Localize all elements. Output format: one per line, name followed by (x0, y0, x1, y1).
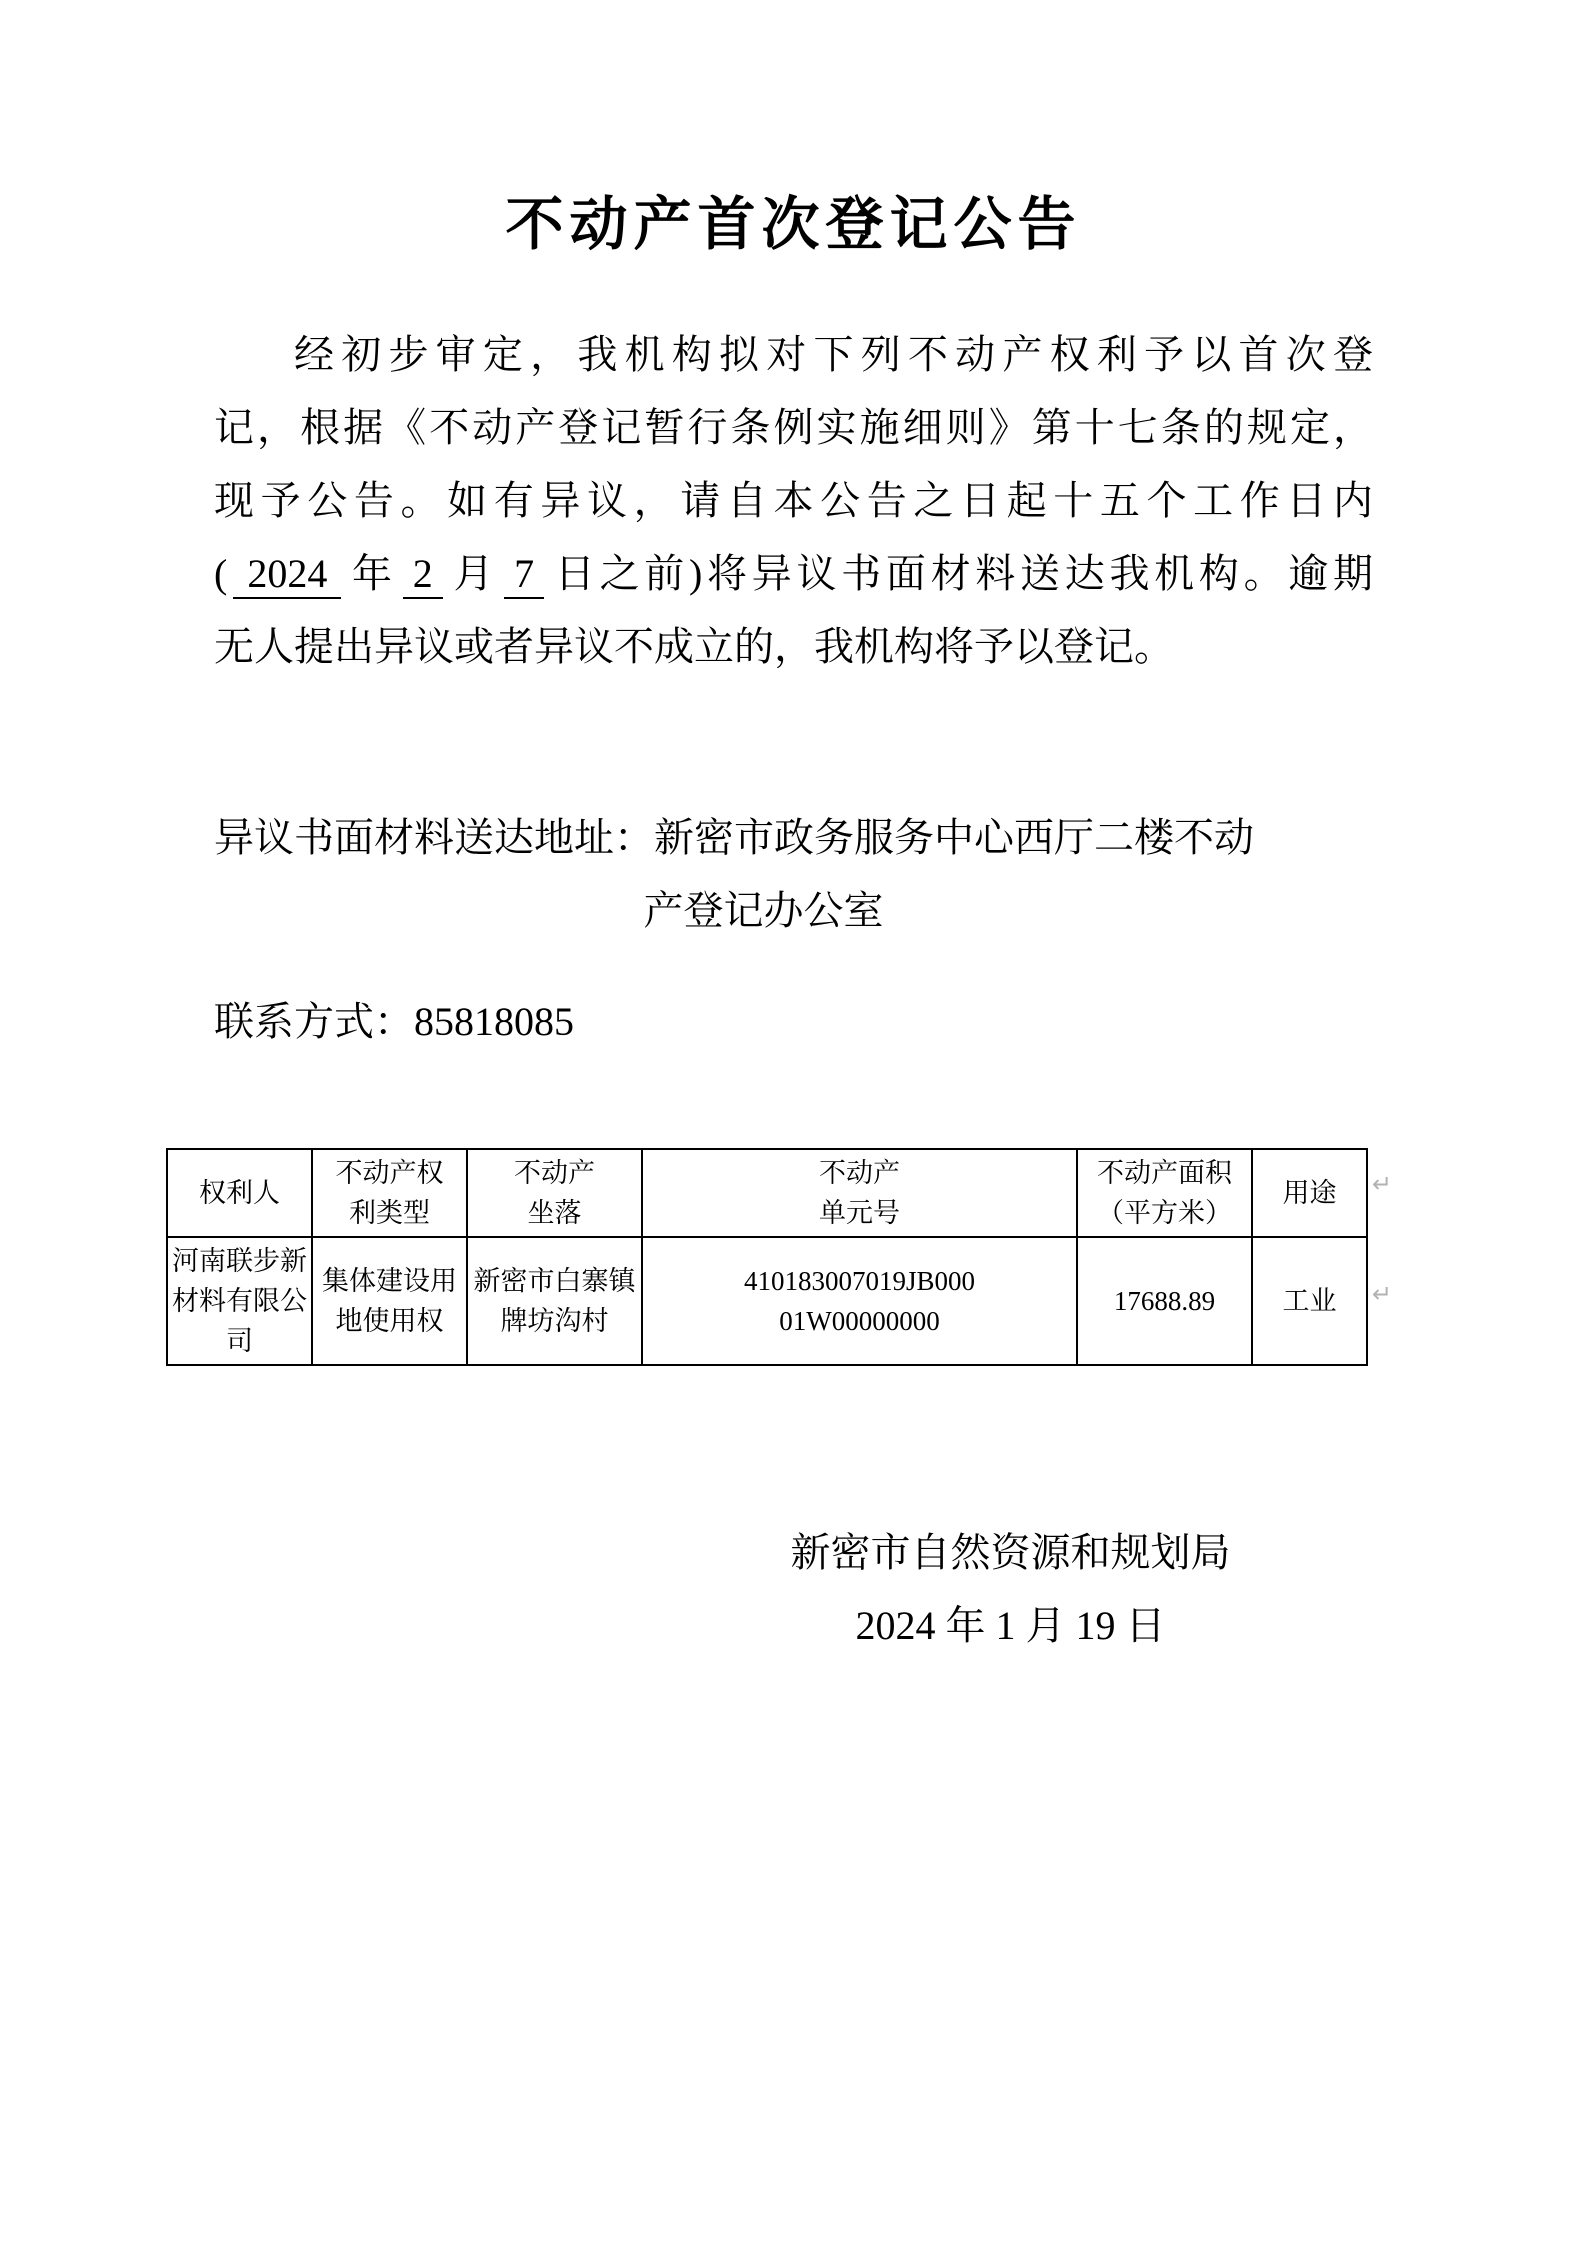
body-line-1: 经初步审定，我机构拟对下列不动产权利予以首次登 (214, 318, 1373, 391)
signature-block: 新密市自然资源和规划局 2024 年 1 月 19 日 (214, 1516, 1373, 1662)
body-line-4-rest: 日之前)将异议书面材料送达我机构。逾期 (550, 551, 1373, 596)
cell-right-type: 集体建设用 地使用权 (312, 1237, 467, 1365)
issuing-authority: 新密市自然资源和规划局 (648, 1516, 1373, 1589)
body-line-3: 现予公告。如有异议，请自本公告之日起十五个工作日内 (214, 464, 1373, 537)
cell-area: 17688.89 (1077, 1237, 1252, 1365)
body-line-4: (2024年2月7日之前)将异议书面材料送达我机构。逾期 (214, 537, 1373, 610)
issue-date: 2024 年 1 月 19 日 (648, 1589, 1373, 1662)
page-content: 不动产首次登记公告 经初步审定，我机构拟对下列不动产权利予以首次登 记，根据《不… (0, 190, 1587, 1662)
open-paren: ( (214, 551, 227, 596)
address-line-1: 异议书面材料送达地址：新密市政务服务中心西厅二楼不动 (214, 801, 1373, 874)
body-line-2: 记，根据《不动产登记暂行条例实施细则》第十七条的规定， (214, 391, 1373, 464)
year-label: 年 (347, 551, 396, 596)
contact-line: 联系方式：85818085 (214, 985, 1373, 1058)
header-unit-number: 不动产 单元号 (642, 1149, 1077, 1237)
body-paragraph: 经初步审定，我机构拟对下列不动产权利予以首次登 记，根据《不动产登记暂行条例实施… (214, 318, 1373, 683)
body-line-5: 无人提出异议或者异议不成立的，我机构将予以登记。 (214, 610, 1373, 683)
paragraph-mark-icon: ↵ (1372, 1280, 1392, 1308)
cell-unit-number: 410183007019JB000 01W00000000 (642, 1237, 1077, 1365)
header-usage: 用途 (1252, 1149, 1367, 1237)
table-header-row: 权利人 不动产权 利类型 不动产 坐落 不动产 单元号 不动产面积 （平方米） … (167, 1149, 1367, 1237)
table-row: 河南联步新 材料有限公 司 集体建设用 地使用权 新密市白寨镇 牌坊沟村 410… (167, 1237, 1367, 1365)
page-title: 不动产首次登记公告 (214, 190, 1373, 260)
deadline-month: 2 (403, 551, 443, 599)
month-label: 月 (449, 551, 498, 596)
deadline-day: 7 (504, 551, 544, 599)
announcement-page: 不动产首次登记公告 经初步审定，我机构拟对下列不动产权利予以首次登 记，根据《不… (0, 0, 1587, 2245)
header-right-holder: 权利人 (167, 1149, 312, 1237)
cell-right-holder: 河南联步新 材料有限公 司 (167, 1237, 312, 1365)
address-line-2: 产登记办公室 (214, 874, 1373, 947)
deadline-year: 2024 (233, 551, 341, 599)
header-location: 不动产 坐落 (467, 1149, 642, 1237)
cell-location: 新密市白寨镇 牌坊沟村 (467, 1237, 642, 1365)
registration-table: 权利人 不动产权 利类型 不动产 坐落 不动产 单元号 不动产面积 （平方米） … (166, 1148, 1368, 1366)
header-area: 不动产面积 （平方米） (1077, 1149, 1252, 1237)
header-right-type: 不动产权 利类型 (312, 1149, 467, 1237)
paragraph-mark-icon: ↵ (1372, 1170, 1392, 1198)
address-block: 异议书面材料送达地址：新密市政务服务中心西厅二楼不动 产登记办公室 (214, 801, 1373, 947)
cell-usage: 工业 (1252, 1237, 1367, 1365)
